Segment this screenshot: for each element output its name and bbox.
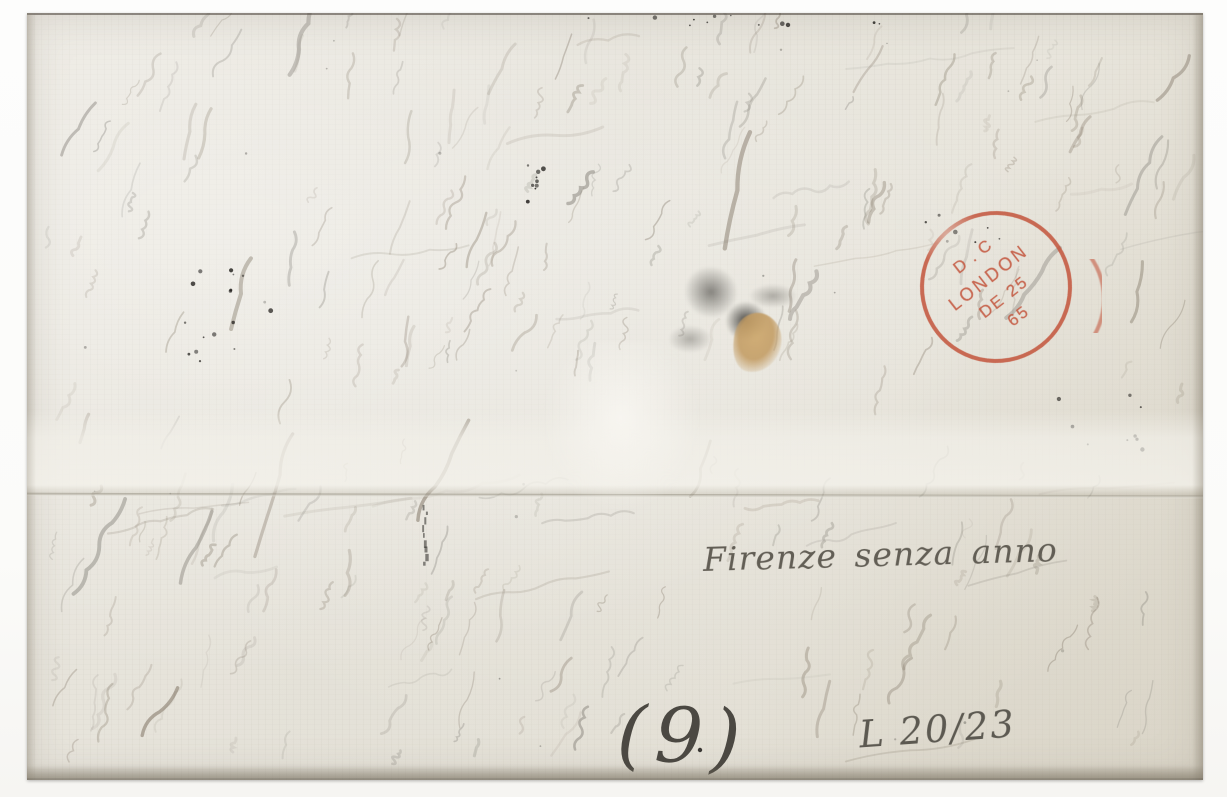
ink-smudge xyxy=(668,325,712,353)
scan-background: D.C LONDON DE 25 65 Firenze senza anno (… xyxy=(0,0,1227,797)
datestamp-fade-spot xyxy=(913,205,983,265)
pencil-note-origin: Firenze senza anno xyxy=(703,530,1059,579)
letter-paper: D.C LONDON DE 25 65 Firenze senza anno (… xyxy=(27,13,1203,780)
paper-right-edge xyxy=(1192,13,1203,780)
london-datestamp: D.C LONDON DE 25 65 xyxy=(889,180,1102,393)
datestamp-arc-fragment xyxy=(1076,259,1102,333)
pencil-note-reference: L 20/23 xyxy=(858,703,1018,757)
paper-bottom-edge xyxy=(27,765,1203,780)
seal-tear-patch xyxy=(543,341,699,511)
paper-left-edge xyxy=(27,13,36,780)
paper-top-edge xyxy=(27,13,1203,15)
